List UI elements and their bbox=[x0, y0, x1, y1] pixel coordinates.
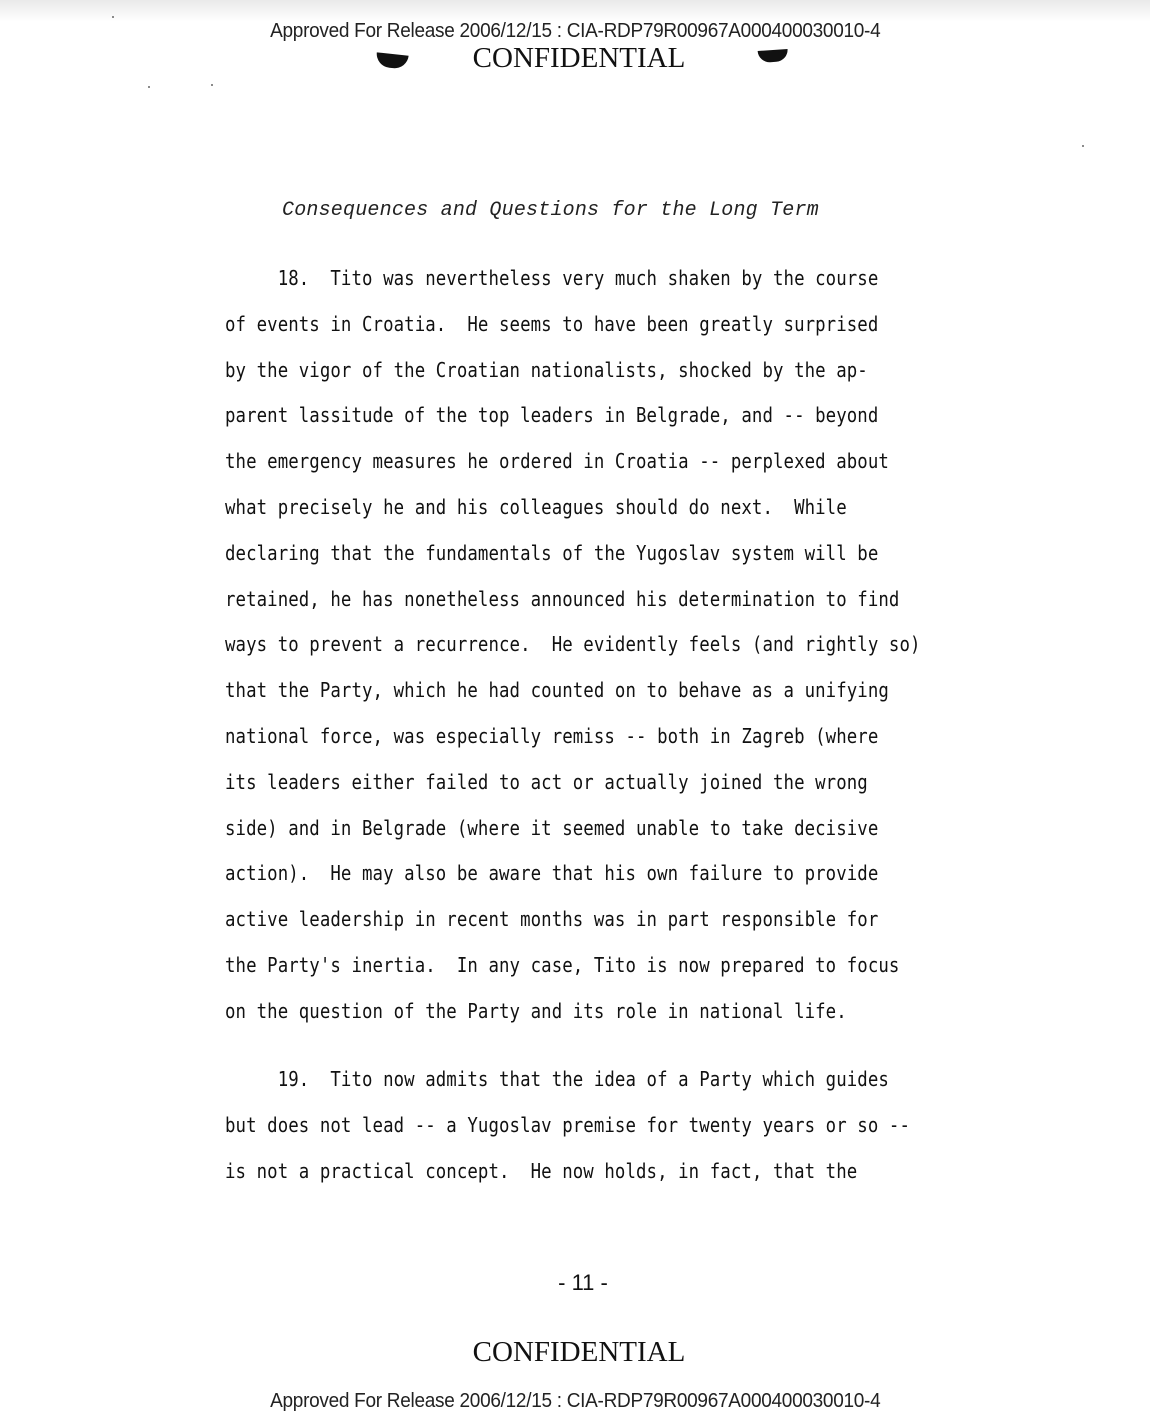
scan-speck bbox=[112, 16, 114, 18]
classification-top: CONFIDENTIAL bbox=[0, 42, 1150, 75]
text-line: ways to prevent a recurrence. He evident… bbox=[225, 622, 896, 668]
text-line: is not a practical concept. He now holds… bbox=[225, 1149, 896, 1195]
text-line: what precisely he and his colleagues sho… bbox=[225, 485, 896, 531]
text-line: action). He may also be aware that his o… bbox=[225, 851, 896, 897]
text-line: but does not lead -- a Yugoslav premise … bbox=[225, 1103, 896, 1149]
release-stamp-bottom: Approved For Release 2006/12/15 : CIA-RD… bbox=[29, 1390, 1122, 1413]
text-line: of events in Croatia. He seems to have b… bbox=[225, 302, 896, 348]
text-line: by the vigor of the Croatian nationalist… bbox=[225, 348, 896, 394]
scan-speck bbox=[211, 84, 213, 86]
text-line: that the Party, which he had counted on … bbox=[225, 668, 896, 714]
classification-bottom: CONFIDENTIAL bbox=[0, 1336, 1150, 1369]
text-line: side) and in Belgrade (where it seemed u… bbox=[225, 806, 896, 852]
text-line: retained, he has nonetheless announced h… bbox=[225, 577, 896, 623]
text-line: active leadership in recent months was i… bbox=[225, 897, 896, 943]
scan-speck bbox=[1082, 145, 1084, 147]
text-line: its leaders either failed to act or actu… bbox=[225, 760, 896, 806]
scan-speck bbox=[148, 86, 150, 88]
text-line: the Party's inertia. In any case, Tito i… bbox=[225, 943, 896, 989]
paragraph-18: 18. Tito was nevertheless very much shak… bbox=[225, 256, 896, 1035]
text-line: 19. Tito now admits that the idea of a P… bbox=[225, 1057, 896, 1103]
text-line: 18. Tito was nevertheless very much shak… bbox=[225, 256, 896, 302]
text-line: declaring that the fundamentals of the Y… bbox=[225, 531, 896, 577]
text-line: on the question of the Party and its rol… bbox=[225, 989, 896, 1035]
paragraph-19: 19. Tito now admits that the idea of a P… bbox=[225, 1057, 896, 1194]
text-line: the emergency measures he ordered in Cro… bbox=[225, 439, 896, 485]
text-line: national force, was especially remiss --… bbox=[225, 714, 896, 760]
section-heading: Consequences and Questions for the Long … bbox=[282, 199, 819, 222]
text-line: parent lassitude of the top leaders in B… bbox=[225, 393, 896, 439]
page-number: - 11 - bbox=[0, 1270, 1150, 1296]
release-stamp-top: Approved For Release 2006/12/15 : CIA-RD… bbox=[29, 20, 1122, 43]
